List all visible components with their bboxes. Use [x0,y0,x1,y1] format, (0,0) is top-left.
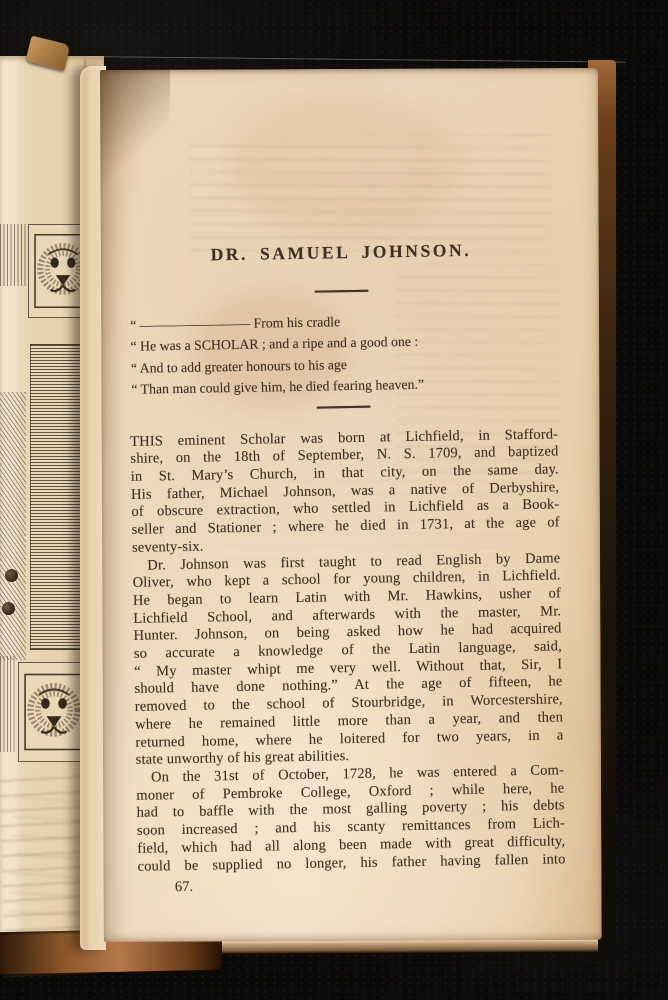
coat-button-engraving [2,602,15,615]
page-number: 67. [138,873,566,897]
paragraph-3: On the 31st of October, 1728, he was ent… [136,762,566,876]
epigraph-quote: “ ———————— From his cradle“ He was a SCH… [128,307,557,400]
paragraph-2: Dr. Johnson was first taught to read Eng… [132,550,564,770]
coat-button-engraving [5,569,18,582]
ornamental-rule-top [315,290,369,293]
paragraph-1: THIS eminent Scholar was born at Lichfie… [130,426,560,557]
book-photograph: DR. SAMUEL JOHNSON. “ ———————— From his … [0,0,668,1000]
plate-border-hatching [30,344,82,650]
page-text-block: DR. SAMUEL JOHNSON. “ ———————— From his … [127,238,566,897]
gutter-shadow [100,70,171,200]
ornamental-rule-bottom [317,405,371,408]
portrait-engraving-fragment [0,392,26,660]
lion-face-icon [24,668,84,756]
body-text: THIS eminent Scholar was born at Lichfie… [130,426,566,876]
plate-engraving-edge-lower [0,656,16,752]
book-page: DR. SAMUEL JOHNSON. “ ———————— From his … [100,68,602,942]
